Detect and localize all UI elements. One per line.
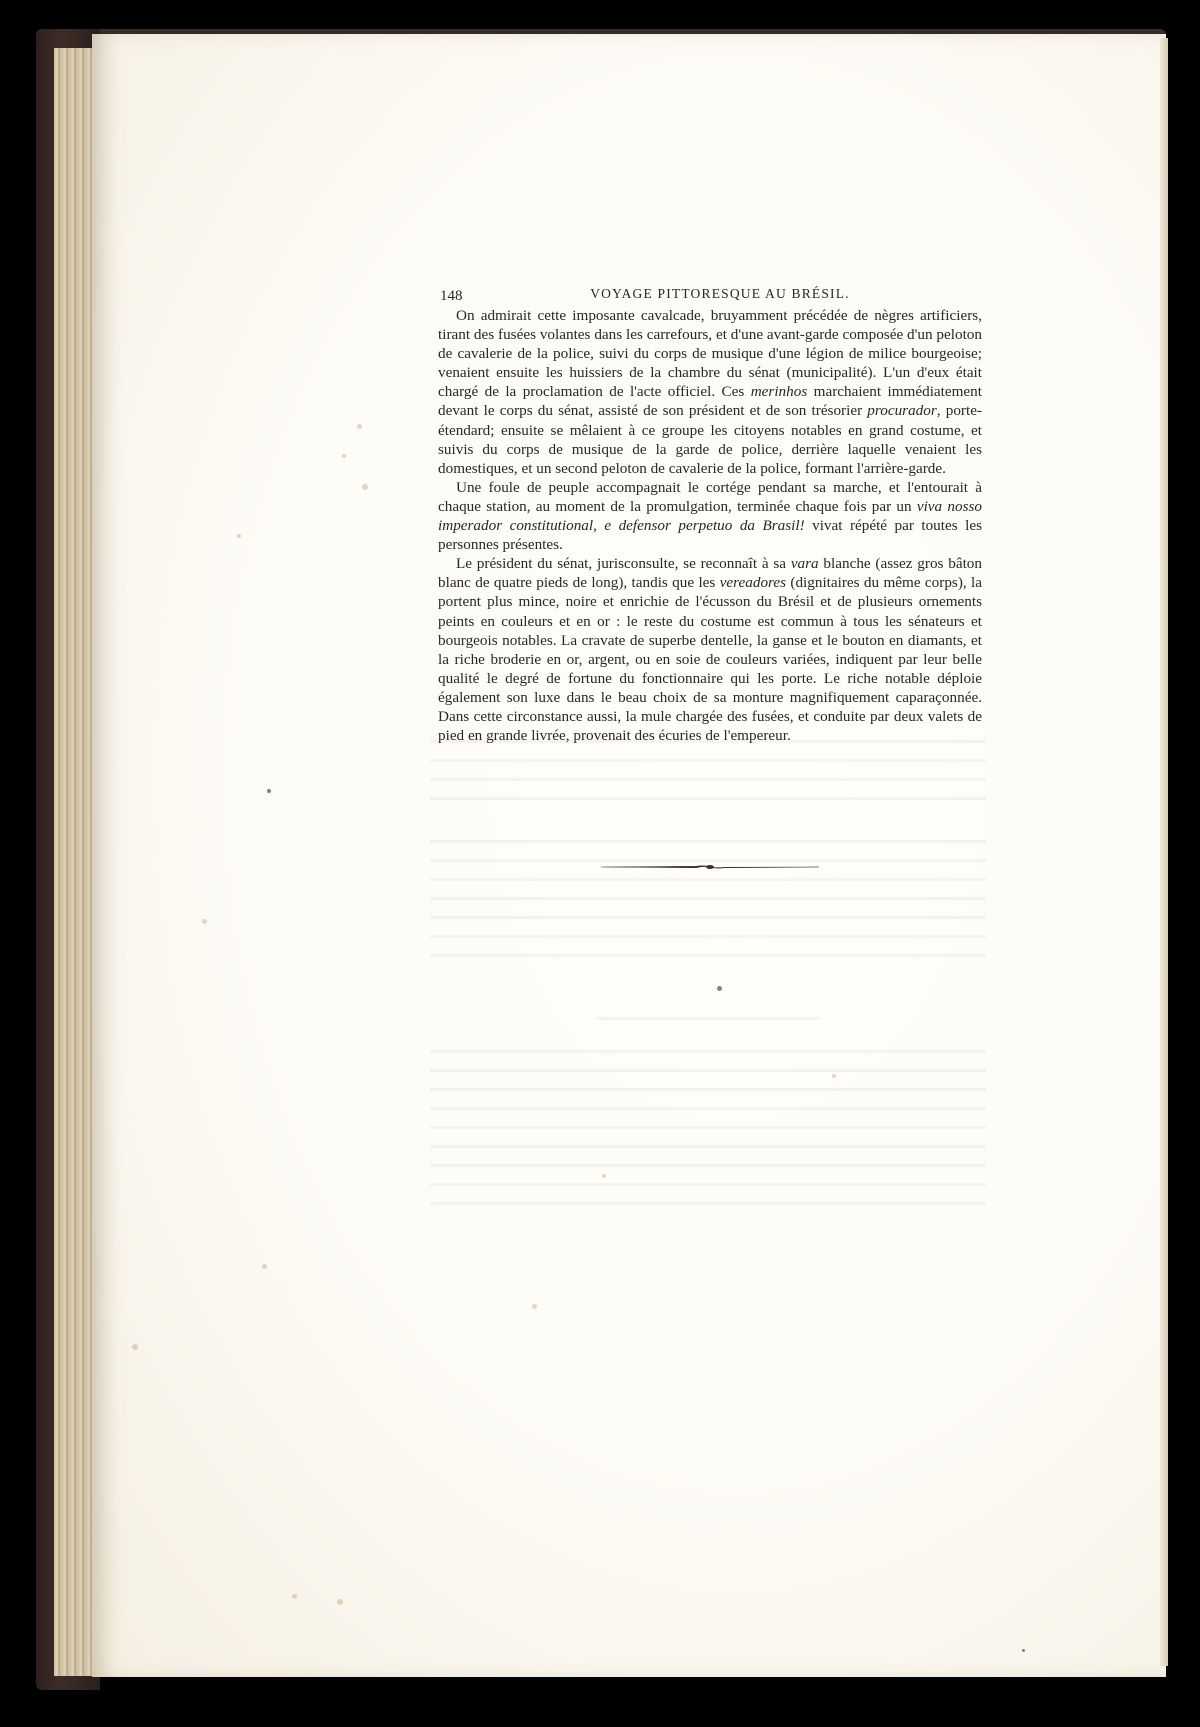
ghost-line [430,1126,986,1129]
paragraph-2: Une foule de peuple accompagnait le cort… [438,478,982,554]
foxing-spot [292,1594,297,1599]
foxing-spot [337,1599,343,1605]
ghost-line [430,740,986,743]
foxing-spot [532,1304,537,1309]
show-through-text [430,740,986,1221]
ghost-line [430,759,986,762]
foxing-spot [132,1344,138,1350]
ghost-line [430,859,986,862]
foxing-spot [362,484,368,490]
body-text: On admirait cette imposante cavalcade, b… [438,306,982,745]
text-segment: (dignitaires du même corps), la portent … [438,574,982,744]
italic-term: procurador [867,402,936,419]
ghost-line [430,1164,986,1167]
paragraph-1: On admirait cette imposante cavalcade, b… [438,306,982,478]
ornamental-rule [601,864,819,870]
ghost-line [430,1183,986,1186]
ghost-line [430,935,986,938]
foxing-spot [202,919,207,924]
italic-term: vara [791,555,819,572]
foxing-spot [357,424,362,429]
ghost-line [430,878,986,881]
ghost-line [430,1145,986,1148]
foxing-spot [267,789,271,793]
ghost-line [430,1202,986,1205]
paragraph-3: Le président du sénat, jurisconsulte, se… [438,554,982,745]
ghost-line [430,778,986,781]
ghost-line [430,897,986,900]
page-right-edge [1160,38,1168,1666]
page-header: 148 VOYAGE PITTORESQUE AU BRÉSIL. [440,286,982,308]
ghost-line [430,1050,986,1053]
running-title: VOYAGE PITTORESQUE AU BRÉSIL. [440,286,982,302]
ghost-line [597,1017,819,1020]
ghost-line [430,954,986,957]
italic-term: merinhos [751,383,808,400]
foxing-spot [1022,1649,1025,1652]
ghost-line [430,1069,986,1072]
ghost-line [430,797,986,800]
foxing-spot [262,1264,267,1269]
ghost-line [430,1088,986,1091]
foxing-spot [342,454,346,458]
ghost-line [430,1107,986,1110]
text-segment: Une foule de peuple accompagnait le cort… [438,479,982,515]
italic-term: vereadores [720,574,786,591]
ghost-line [430,916,986,919]
foxing-spot [237,534,241,538]
ghost-line [430,840,986,843]
text-segment: Le président du sénat, jurisconsulte, se… [456,555,791,572]
